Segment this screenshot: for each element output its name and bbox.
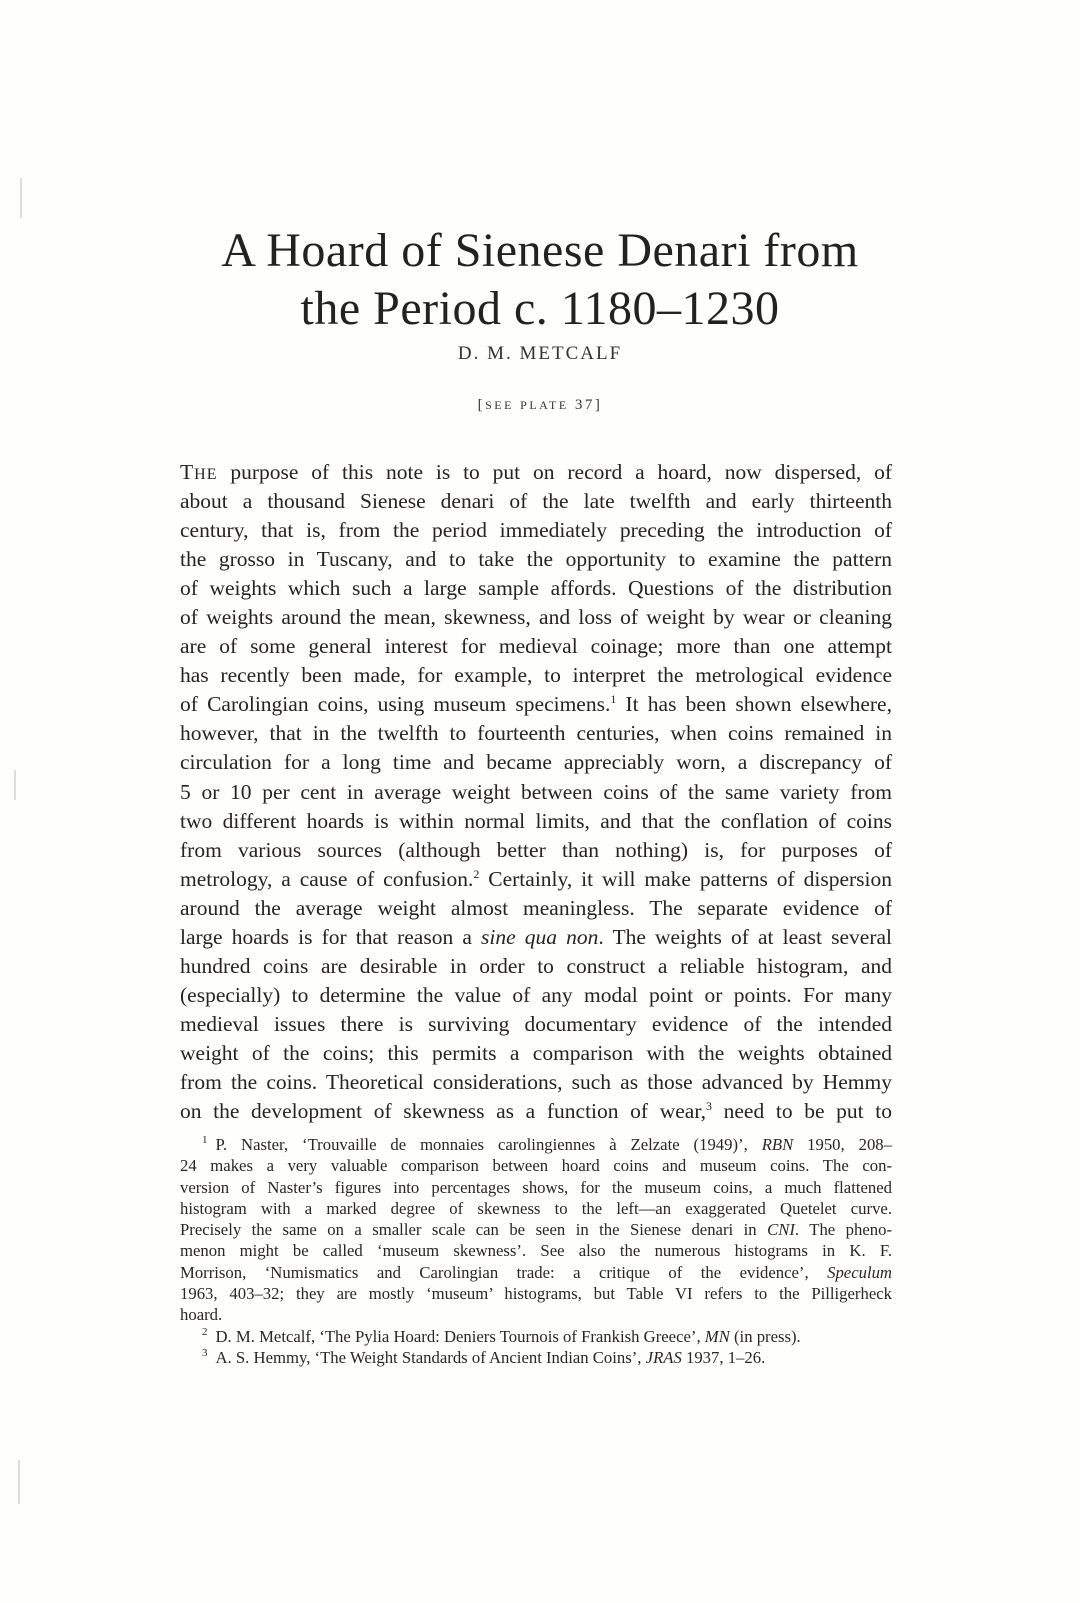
body-line: weight of the coins; this permits a comp… (180, 1039, 892, 1068)
paper-page: A Hoard of Sienese Denari from the Perio… (0, 0, 1080, 1603)
body-line: on the development of skewness as a func… (180, 1097, 892, 1126)
plate-reference: [SEE PLATE 37] (0, 397, 1080, 414)
body-line: from various sources (although better th… (180, 836, 892, 865)
body-line: large hoards is for that reason a sine q… (180, 923, 892, 952)
footnote-2: 2D. M. Metcalf, ‘The Pylia Hoard: Denier… (180, 1326, 892, 1347)
scan-margin-mark (20, 178, 22, 218)
scan-margin-mark (14, 770, 16, 800)
body-line: of weights around the mean, skewness, an… (180, 603, 892, 632)
body-line: metrology, a cause of confusion.2 Certai… (180, 865, 892, 894)
opening-word: THE (180, 460, 217, 484)
body-line: 5 or 10 per cent in average weight betwe… (180, 778, 892, 807)
scan-margin-mark (18, 1460, 20, 1504)
footnote-1: 1P. Naster, ‘Trouvaille de monnaies caro… (180, 1134, 892, 1326)
body-text: THE purpose of this note is to put on re… (180, 458, 892, 1126)
body-line: circulation for a long time and became a… (180, 748, 892, 777)
body-line: hundred coins are desirable in order to … (180, 952, 892, 981)
body-line: are of some general interest for medieva… (180, 632, 892, 661)
footnote-number: 2 (202, 1326, 208, 1338)
body-line: (especially) to determine the value of a… (180, 981, 892, 1010)
footnote-number: 3 (202, 1347, 208, 1359)
body-line: THE purpose of this note is to put on re… (180, 458, 892, 487)
body-line: around the average weight almost meaning… (180, 894, 892, 923)
body-line: two different hoards is within normal li… (180, 807, 892, 836)
body-line: of weights which such a large sample aff… (180, 574, 892, 603)
title-line-2: the Period c. 1180–1230 (301, 282, 780, 335)
body-line: however, that in the twelfth to fourteen… (180, 719, 892, 748)
body-line: of Carolingian coins, using museum speci… (180, 690, 892, 719)
body-line: the grosso in Tuscany, and to take the o… (180, 545, 892, 574)
author-name: D. M. METCALF (0, 343, 1080, 365)
article-title: A Hoard of Sienese Denari from the Perio… (100, 222, 980, 338)
body-line: century, that is, from the period immedi… (180, 516, 892, 545)
footnote-3: 3A. S. Hemmy, ‘The Weight Standards of A… (180, 1347, 892, 1368)
body-line: from the coins. Theoretical consideratio… (180, 1068, 892, 1097)
footnotes: 1P. Naster, ‘Trouvaille de monnaies caro… (180, 1134, 892, 1368)
body-line: medieval issues there is surviving docum… (180, 1010, 892, 1039)
footnote-number: 1 (202, 1134, 208, 1146)
latin-phrase: sine qua non (481, 925, 598, 949)
title-line-1: A Hoard of Sienese Denari from (221, 224, 858, 277)
body-line: has recently been made, for example, to … (180, 661, 892, 690)
body-line: about a thousand Sienese denari of the l… (180, 487, 892, 516)
